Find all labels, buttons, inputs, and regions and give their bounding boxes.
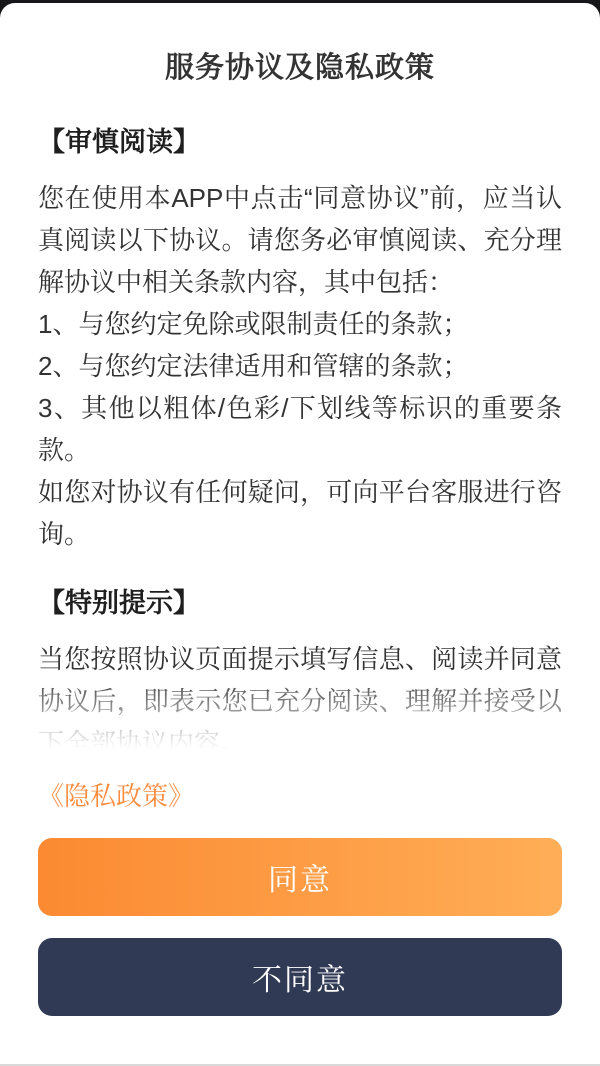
paragraph: 您在使用本APP中点击“同意协议”前，应当认真阅读以下协议。请您务必审慎阅读、充… xyxy=(38,177,562,303)
dialog-title: 服务协议及隐私政策 xyxy=(38,45,562,86)
section-body-special-notice-faded: 当您按照协议页面提示填写信息、阅读并同意协议后，即表示您已充分阅读、理解并接受以… xyxy=(38,638,562,750)
agree-button[interactable]: 同意 xyxy=(38,838,562,916)
section-body-careful-reading: 您在使用本APP中点击“同意协议”前，应当认真阅读以下协议。请您务必审慎阅读、充… xyxy=(38,177,562,555)
paragraph: 如您对协议有任何疑问，可向平台客服进行咨询。 xyxy=(38,471,562,555)
paragraph: 当您按照协议页面提示填写信息、阅读并同意协议后，即表示您已充分阅读、理解并接受以… xyxy=(38,638,562,750)
paragraph: 3、其他以粗体/色彩/下划线等标识的重要条款。 xyxy=(38,387,562,471)
paragraph: 2、与您约定法律适用和管辖的条款； xyxy=(38,345,562,387)
section-heading-careful-reading: 【审慎阅读】 xyxy=(38,120,562,159)
privacy-policy-link[interactable]: 《隐私政策》 xyxy=(38,776,562,813)
disagree-button[interactable]: 不同意 xyxy=(38,938,562,1016)
section-careful-reading: 【审慎阅读】 您在使用本APP中点击“同意协议”前，应当认真阅读以下协议。请您务… xyxy=(38,120,562,555)
dialog-buttons: 同意 不同意 xyxy=(38,838,562,1016)
section-heading-special-notice: 【特别提示】 xyxy=(38,581,562,620)
agreement-dialog-sheet: 服务协议及隐私政策 【审慎阅读】 您在使用本APP中点击“同意协议”前，应当认真… xyxy=(0,3,600,1066)
section-special-notice: 【特别提示】 当您按照协议页面提示填写信息、阅读并同意协议后，即表示您已充分阅读… xyxy=(38,581,562,750)
paragraph: 1、与您约定免除或限制责任的条款； xyxy=(38,303,562,345)
